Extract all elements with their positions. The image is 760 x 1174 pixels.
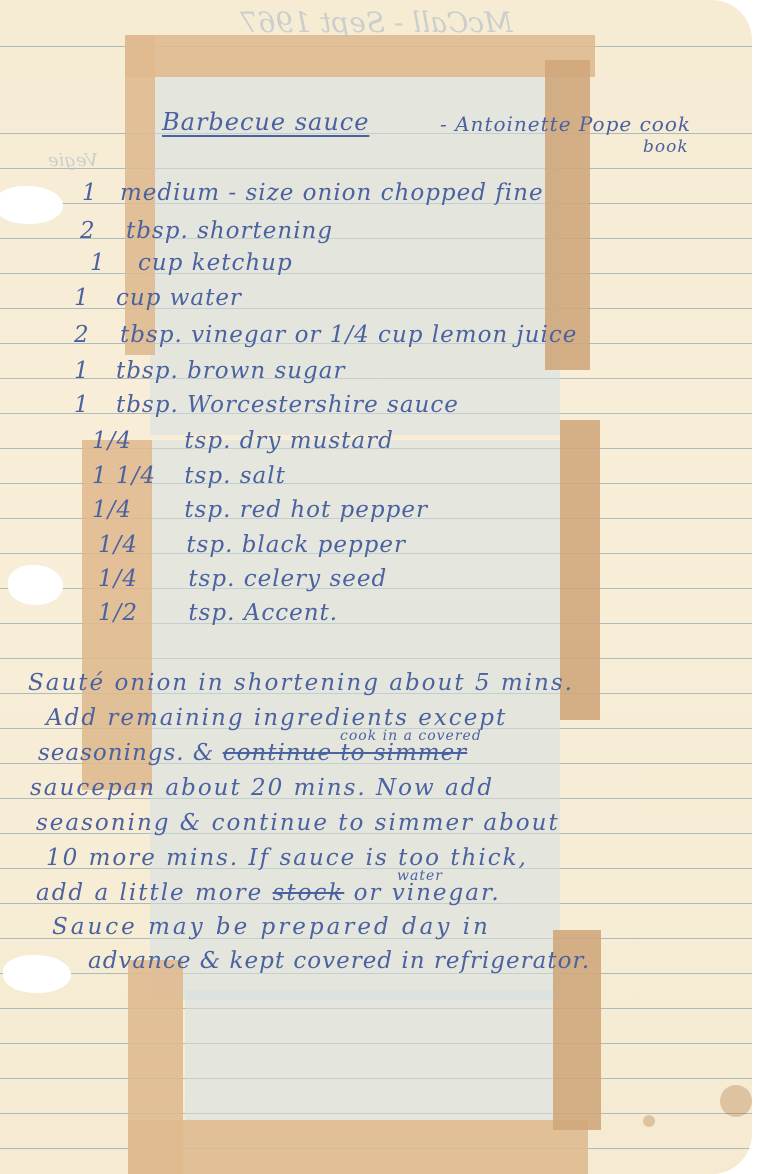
ingredient-text: tbsp. brown sugar xyxy=(116,358,346,384)
glassine-patch xyxy=(185,990,555,1120)
recipe-source-line2: book xyxy=(643,137,689,157)
ingredient-qty: 1/4 xyxy=(98,566,180,592)
ingredient-text: medium - size onion chopped fine xyxy=(120,180,544,206)
ingredient-qty: 1 xyxy=(74,392,90,418)
ghost-text-margin: Vegie xyxy=(48,150,98,171)
ingredient-item: 2 tbsp. vinegar or 1/4 cup lemon juice xyxy=(74,322,577,348)
ingredient-item: 1 cup water xyxy=(74,285,242,311)
ingredient-text: tsp. dry mustard xyxy=(184,428,394,454)
direction-line: Sauce may be prepared day in xyxy=(52,914,491,940)
stain-spot xyxy=(720,1085,752,1117)
ingredient-item: 1/4 tsp. dry mustard xyxy=(92,428,394,454)
ingredient-item: 1 tbsp. Worcestershire sauce xyxy=(74,392,459,418)
struck-text: stock xyxy=(273,880,345,906)
ingredient-text: tbsp. Worcestershire sauce xyxy=(116,392,459,418)
ingredient-text: tsp. Accent. xyxy=(188,600,338,626)
direction-line: seasonings. & continue to simmer xyxy=(38,740,467,766)
ingredient-qty: 1/4 xyxy=(92,428,176,454)
direction-line: Sauté onion in shortening about 5 mins. xyxy=(28,670,574,696)
ingredient-qty: 2 xyxy=(74,322,90,348)
ingredient-qty: 1 1/4 xyxy=(92,463,176,489)
struck-text: continue to simmer xyxy=(223,740,467,766)
ingredient-text: tsp. salt xyxy=(184,463,286,489)
ingredient-item: 1/4 tsp. black pepper xyxy=(98,532,406,558)
direction-line: advance & kept covered in refrigerator. xyxy=(88,948,590,974)
ingredient-text: cup water xyxy=(116,285,242,311)
direction-text: add a little more xyxy=(36,880,263,906)
ingredient-item: 1/4 tsp. red hot pepper xyxy=(92,497,428,523)
ingredient-text: tsp. red hot pepper xyxy=(184,497,428,523)
ingredient-text: tsp. black pepper xyxy=(186,532,406,558)
ingredient-qty: 1/2 xyxy=(98,600,180,626)
stain-spot xyxy=(643,1115,655,1127)
punched-hole xyxy=(3,955,71,993)
ingredient-qty: 1 xyxy=(74,358,90,384)
direction-line: seasoning & continue to simmer about xyxy=(36,810,560,836)
ingredient-item: 1/4 tsp. celery seed xyxy=(98,566,387,592)
punched-hole xyxy=(8,565,63,605)
ingredient-text: cup ketchup xyxy=(138,250,293,276)
recipe-title: Barbecue sauce xyxy=(162,108,369,136)
direction-line: add a little more stock or vinegar. xyxy=(36,880,501,906)
ingredient-qty: 1 xyxy=(90,250,106,276)
ingredient-text: tbsp. shortening xyxy=(126,218,333,244)
direction-text: or vinegar. xyxy=(354,880,501,906)
ingredient-item: 1/2 tsp. Accent. xyxy=(98,600,338,626)
punched-hole xyxy=(0,186,63,224)
ingredient-text: tbsp. vinegar or 1/4 cup lemon juice xyxy=(120,322,577,348)
ingredient-item: 1 1/4 tsp. salt xyxy=(92,463,286,489)
direction-line: 10 more mins. If sauce is too thick, xyxy=(46,845,528,871)
ingredient-text: tsp. celery seed xyxy=(188,566,387,592)
ingredient-item: 1 medium - size onion chopped fine xyxy=(82,180,544,206)
ingredient-item: 2 tbsp. shortening xyxy=(80,218,333,244)
ingredient-qty: 1/4 xyxy=(92,497,176,523)
direction-text: seasonings. & xyxy=(38,740,214,766)
ingredient-item: 1 cup ketchup xyxy=(90,250,293,276)
ingredient-qty: 2 xyxy=(80,218,96,244)
tape-stain xyxy=(128,1120,588,1174)
tape-stain xyxy=(125,35,595,77)
recipe-card: McCall - Sept 1967 Vegie Barbecue sauce … xyxy=(0,0,752,1174)
ghost-text-top: McCall - Sept 1967 xyxy=(240,6,513,39)
ingredient-qty: 1 xyxy=(74,285,90,311)
direction-line: saucepan about 20 mins. Now add xyxy=(30,775,494,801)
ingredient-qty: 1/4 xyxy=(98,532,178,558)
ingredient-item: 1 tbsp. brown sugar xyxy=(74,358,346,384)
recipe-source: - Antoinette Pope cook xyxy=(440,112,691,136)
ingredient-qty: 1 xyxy=(82,180,98,206)
